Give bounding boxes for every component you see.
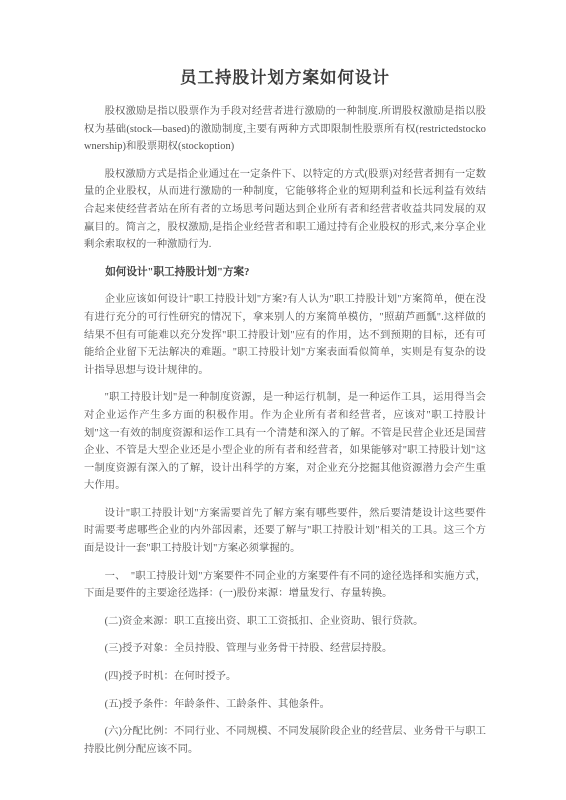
document-page: 员工持股计划方案如何设计 股权激励是指以股票作为手段对经营者进行激励的一种制度.… xyxy=(0,0,566,800)
paragraph-three-aspects: 设计"职工持股计划"方案需要首先了解方案有哪些要件，然后要清楚设计这些要件时需要… xyxy=(84,505,486,558)
section-heading-how-to-design: 如何设计"职工持股计划"方案? xyxy=(84,264,486,282)
paragraph-imitation-risk: 企业应该如何设计"职工持股计划"方案?有人认为"职工持股计划"方案简单，便在没有… xyxy=(84,291,486,379)
paragraph-equity-incentive-method: 股权激励方式是指企业通过在一定条件下、以特定的方式(股票)对经营者拥有一定数量的… xyxy=(84,166,486,254)
paragraph-item-4-grant-timing: (四)授予时机：在何时授予。 xyxy=(84,668,486,686)
paragraph-item-5-grant-conditions: (五)授予条件：年龄条件、工龄条件、其他条件。 xyxy=(84,696,486,714)
paragraph-item-3-grant-target: (三)授予对象：全员持股、管理与业务骨干持股、经营层持股。 xyxy=(84,640,486,658)
paragraph-institutional-resource: "职工持股计划"是一种制度资源，是一种运行机制，是一种运作工具，运用得当会对企业… xyxy=(84,389,486,495)
document-body: 股权激励是指以股票作为手段对经营者进行激励的一种制度.所谓股权激励是指以股权为基… xyxy=(84,103,486,758)
paragraph-item-6-distribution-ratio: (六)分配比例：不同行业、不同规模、不同发展阶段企业的经营层、业务骨干与职工持股… xyxy=(84,723,486,758)
document-title-text: 员工持股计划方案如何设计 xyxy=(180,68,390,87)
paragraph-item-1-share-source: 一、 "职工持股计划"方案要件不同企业的方案要件有不同的途径选择和实施方式，下面… xyxy=(84,568,486,603)
paragraph-item-2-fund-source: (二)资金来源：职工直接出资、职工工资抵扣、企业资助、银行贷款。 xyxy=(84,613,486,631)
document-title: 员工持股计划方案如何设计 xyxy=(84,66,486,90)
paragraph-equity-incentive-definition: 股权激励是指以股票作为手段对经营者进行激励的一种制度.所谓股权激励是指以股权为基… xyxy=(84,103,486,156)
